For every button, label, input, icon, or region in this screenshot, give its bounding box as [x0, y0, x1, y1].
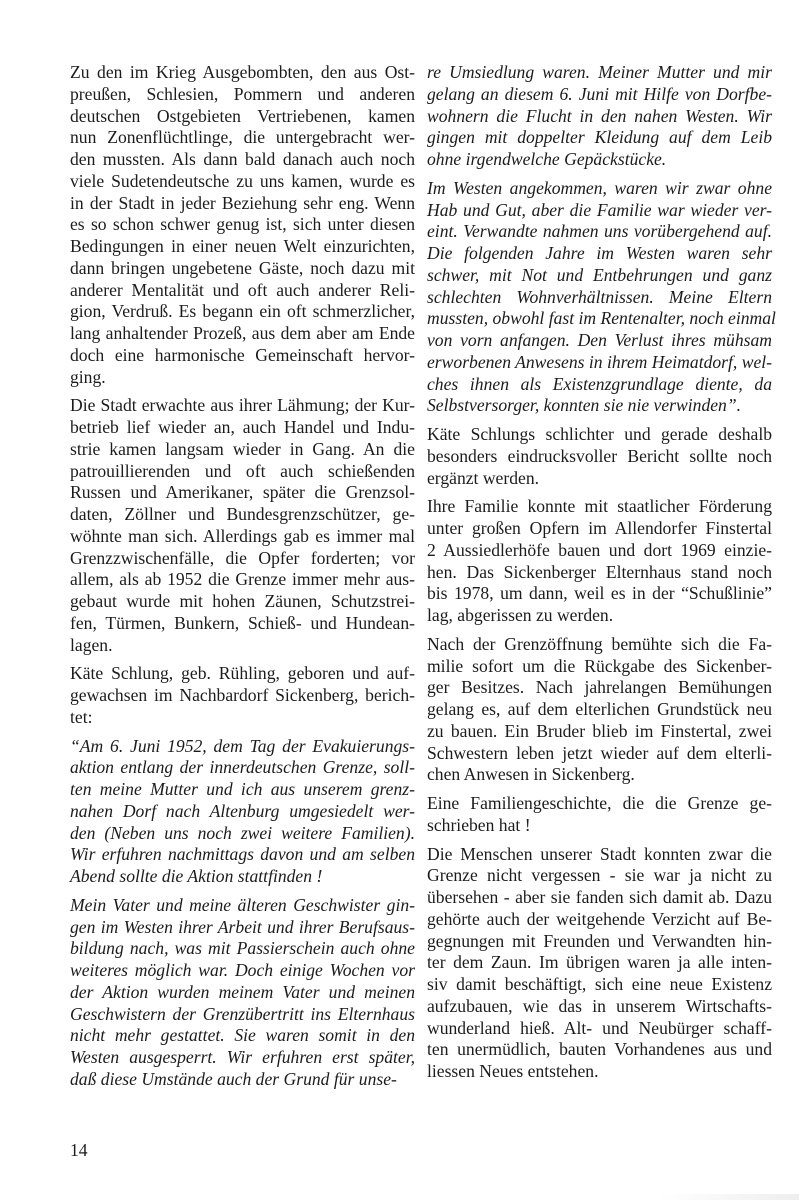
- text-line: Eine Familiengeschichte, die die Grenze …: [427, 793, 772, 815]
- text-line: mussten, obwohl fast im Rentenalter, noc…: [427, 308, 772, 330]
- text-line: liessen Neues entstehen.: [427, 1061, 772, 1083]
- text-line: Mein Vater und meine älteren Geschwister…: [70, 895, 415, 917]
- text-line: Zu den im Krieg Ausgebombten, den aus Os…: [70, 62, 415, 84]
- text-line: gehörte auch der weitgehende Verzicht au…: [427, 909, 772, 931]
- text-line: Hab und Gut, aber die Familie war wieder…: [427, 200, 772, 222]
- text-line: Käte Schlungs schlichter und gerade desh…: [427, 424, 772, 446]
- text-line: milie sofort um die Rückgabe des Sickenb…: [427, 656, 772, 678]
- text-line: Im Westen angekommen, waren wir zwar ohn…: [427, 178, 772, 200]
- page-number: 14: [70, 1140, 88, 1160]
- text-line: ches ihnen als Existenzgrundlage diente,…: [427, 374, 772, 396]
- paragraph: Käte Schlungs schlichter und gerade desh…: [427, 424, 772, 489]
- text-line: aufzubauen, wie das in unserem Wirtschaf…: [427, 996, 772, 1018]
- document-page: Zu den im Krieg Ausgebombten, den aus Os…: [0, 0, 799, 1200]
- text-line: wohnern die Flucht in den nahen Westen. …: [427, 106, 772, 128]
- text-line: Nach der Grenzöffnung bemühte sich die F…: [427, 634, 772, 656]
- text-line: in der Stadt in jeder Beziehung sehr eng…: [70, 193, 415, 215]
- text-line: eint. Verwandte nahmen uns vorübergehend…: [427, 221, 772, 243]
- text-line: bis 1978, um dann, weil es in der “Schuß…: [427, 583, 772, 605]
- text-line: Ihre Familie konnte mit staatlicher Förd…: [427, 496, 772, 518]
- text-line: zu bauen. Ein Bruder blieb im Finstertal…: [427, 721, 772, 743]
- paragraph: Zu den im Krieg Ausgebombten, den aus Os…: [70, 62, 415, 388]
- text-line: von vorn anfangen. Den Verlust ihres müh…: [427, 330, 772, 352]
- text-line: lag, abgerissen zu werden.: [427, 605, 772, 627]
- text-line: Westen ausgesperrt. Wir erfuhren erst sp…: [70, 1047, 415, 1069]
- text-line: besonders eindrucksvoller Bericht sollte…: [427, 446, 772, 468]
- paragraph: Ihre Familie konnte mit staatlicher Förd…: [427, 496, 772, 627]
- quoted-paragraph: Im Westen angekommen, waren wir zwar ohn…: [427, 178, 772, 417]
- text-line: gingen mit doppelter Kleidung auf dem Le…: [427, 127, 772, 149]
- text-line: nun Zonenflüchtlinge, die untergebracht …: [70, 127, 415, 149]
- quoted-paragraph: re Umsiedlung waren. Meiner Mutter und m…: [427, 62, 772, 171]
- text-line: lagen.: [70, 635, 415, 657]
- text-line: Schwestern leben jetzt wieder auf dem el…: [427, 743, 772, 765]
- text-line: Bedingungen in einer neuen Welt einzuric…: [70, 236, 415, 258]
- text-line: Wir erfuhren nachmittags davon und am se…: [70, 844, 415, 866]
- text-line: ohne irgendwelche Gepäckstücke.: [427, 149, 772, 171]
- text-line: ging.: [70, 367, 415, 389]
- text-line: 2 Aussiedlerhöfe bauen und dort 1969 ein…: [427, 540, 772, 562]
- text-line: ten unermüdlich, bauten Vorhandenes aus …: [427, 1039, 772, 1061]
- text-line: strie kamen langsam wieder in Gang. An d…: [70, 439, 415, 461]
- text-line: lang anhaltender Prozeß, aus dem aber am…: [70, 323, 415, 345]
- text-line: Russen und Amerikaner, später die Grenzs…: [70, 482, 415, 504]
- text-line: wunderland hieß. Alt- und Neubürger scha…: [427, 1018, 772, 1040]
- text-line: ter dem Zaun. Im übrigen waren ja alle i…: [427, 952, 772, 974]
- text-line: preußen, Schlesien, Pommern und anderen: [70, 84, 415, 106]
- text-line: ergänzt werden.: [427, 468, 772, 490]
- text-line: siv damit beschäftigt, sich eine neue Ex…: [427, 974, 772, 996]
- right-column: re Umsiedlung waren. Meiner Mutter und m…: [427, 62, 772, 1090]
- text-line: gen im Westen ihrer Arbeit und ihrer Ber…: [70, 917, 415, 939]
- text-line: gebaut wurde mit hohen Zäunen, Schutzstr…: [70, 591, 415, 613]
- quoted-paragraph: “Am 6. Juni 1952, dem Tag der Evakuierun…: [70, 736, 415, 888]
- text-line: Die Stadt erwachte aus ihrer Lähmung; de…: [70, 395, 415, 417]
- text-line: Geschwistern der Grenzübertritt ins Elte…: [70, 1004, 415, 1026]
- text-line: re Umsiedlung waren. Meiner Mutter und m…: [427, 62, 772, 84]
- text-line: ger Besitzes. Nach jahrelangen Bemühunge…: [427, 677, 772, 699]
- text-line: nahen Dorf nach Altenburg umgesiedelt we…: [70, 801, 415, 823]
- text-line: schwer, mit Not und Entbehrungen und gan…: [427, 265, 772, 287]
- text-line: es so schon schwer genug ist, sich unter…: [70, 214, 415, 236]
- text-line: übersehen - aber sie fanden sich damit a…: [427, 887, 772, 909]
- text-line: gion, Verdruß. Es begann ein oft schmerz…: [70, 301, 415, 323]
- paragraph: Die Stadt erwachte aus ihrer Lähmung; de…: [70, 395, 415, 656]
- text-line: ten meine Mutter und ich aus unserem gre…: [70, 779, 415, 801]
- text-line: gegnungen mit Freunden und Verwandten hi…: [427, 931, 772, 953]
- text-line: schrieben hat !: [427, 815, 772, 837]
- scan-edge-shadow: [659, 1194, 799, 1200]
- text-line: viele Sudetendeutsche zu uns kamen, wurd…: [70, 171, 415, 193]
- text-line: dann bringen ungebetene Gäste, noch dazu…: [70, 258, 415, 280]
- text-line: hen. Das Sickenberger Elternhaus stand n…: [427, 562, 772, 584]
- text-line: unter großen Opfern im Allendorfer Finst…: [427, 518, 772, 540]
- text-line: Grenzzwischenfälle, die Opfer forderten;…: [70, 548, 415, 570]
- paragraph: Die Menschen unserer Stadt konnten zwar …: [427, 844, 772, 1083]
- text-line: gewachsen im Nachbardorf Sickenberg, ber…: [70, 685, 415, 707]
- text-line: nicht mehr gestattet. Sie waren somit in…: [70, 1025, 415, 1047]
- text-line: Selbstversorger, konnten sie nie verwind…: [427, 395, 772, 417]
- text-line: Die folgenden Jahre im Westen waren sehr: [427, 243, 772, 265]
- text-line: allem, als ab 1952 die Grenze immer mehr…: [70, 569, 415, 591]
- text-line: “Am 6. Juni 1952, dem Tag der Evakuierun…: [70, 736, 415, 758]
- text-line: fen, Türmen, Bunkern, Schieß- und Hundea…: [70, 613, 415, 635]
- text-line: patrouillierenden und oft auch schießend…: [70, 461, 415, 483]
- text-line: betrieb lief wieder an, auch Handel und …: [70, 417, 415, 439]
- text-line: Abend sollte die Aktion stattfinden !: [70, 866, 415, 888]
- paragraph: Eine Familiengeschichte, die die Grenze …: [427, 793, 772, 837]
- left-column: Zu den im Krieg Ausgebombten, den aus Os…: [70, 62, 415, 1098]
- text-line: doch eine harmonische Gemeinschaft hervo…: [70, 345, 415, 367]
- text-line: daß diese Umstände auch der Grund für un…: [70, 1069, 415, 1091]
- text-line: der Aktion wurden meinem Vater und meine…: [70, 982, 415, 1004]
- text-line: gelang es, auf dem elterlichen Grundstüc…: [427, 699, 772, 721]
- text-line: wöhnte man sich. Allerdings gab es immer…: [70, 526, 415, 548]
- text-line: erworbenen Anwesens in ihrem Heimatdorf,…: [427, 352, 772, 374]
- quoted-paragraph: Mein Vater und meine älteren Geschwister…: [70, 895, 415, 1091]
- text-line: deutschen Ostgebieten Vertriebenen, kame…: [70, 106, 415, 128]
- text-line: Käte Schlung, geb. Rühling, geboren und …: [70, 663, 415, 685]
- text-line: tet:: [70, 707, 415, 729]
- text-line: aktion entlang der innerdeutschen Grenze…: [70, 757, 415, 779]
- text-line: chen Anwesen in Sickenberg.: [427, 764, 772, 786]
- text-line: anderer Mentalität und oft auch anderer …: [70, 280, 415, 302]
- text-line: Die Menschen unserer Stadt konnten zwar …: [427, 844, 772, 866]
- text-line: weiteres möglich war. Doch einige Wochen…: [70, 960, 415, 982]
- paragraph: Käte Schlung, geb. Rühling, geboren und …: [70, 663, 415, 728]
- text-line: den mussten. Als dann bald danach auch n…: [70, 149, 415, 171]
- text-line: Grenze nicht vergessen - sie war ja nich…: [427, 865, 772, 887]
- text-line: den (Neben uns noch zwei weitere Familie…: [70, 823, 415, 845]
- text-line: schlechten Wohnverhältnissen. Meine Elte…: [427, 287, 772, 309]
- text-line: gelang an diesem 6. Juni mit Hilfe von D…: [427, 84, 772, 106]
- text-line: bildung nach, was mit Passierschein auch…: [70, 938, 415, 960]
- paragraph: Nach der Grenzöffnung bemühte sich die F…: [427, 634, 772, 786]
- text-line: daten, Zöllner und Bundesgrenzschützer, …: [70, 504, 415, 526]
